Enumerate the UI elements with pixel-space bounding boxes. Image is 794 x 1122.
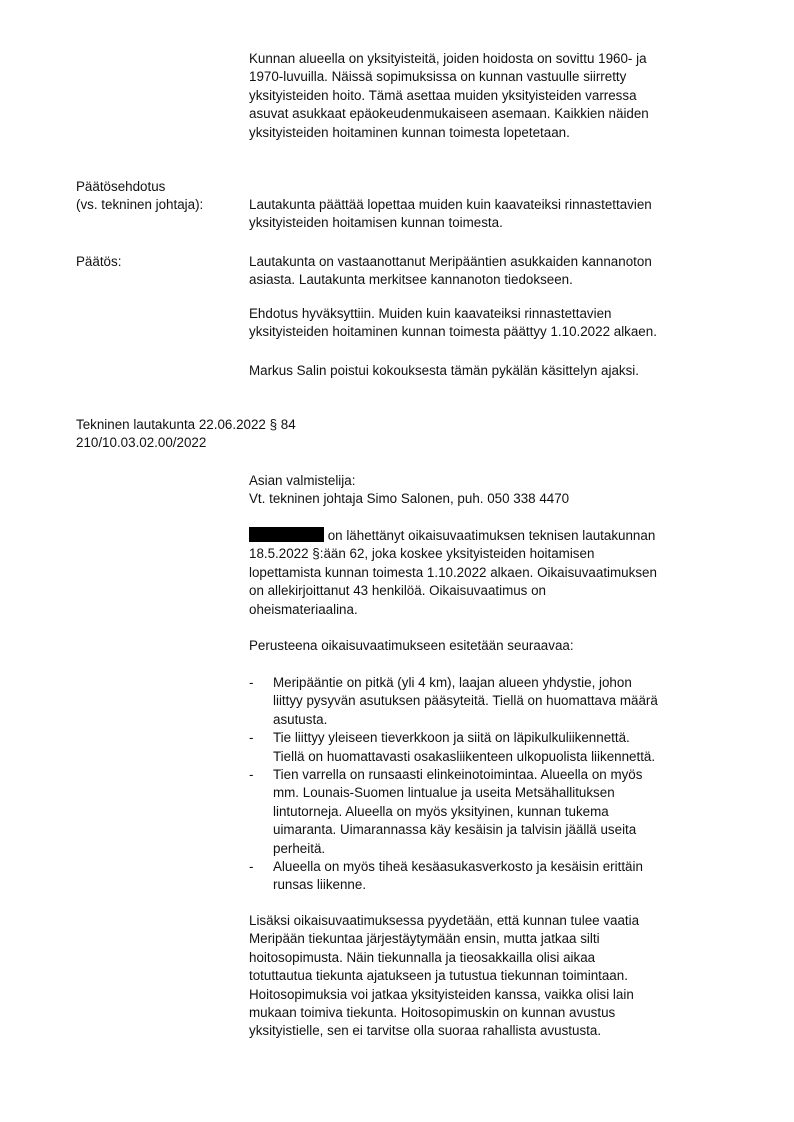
decision-para-1: Lautakunta on vastaanottanut Meripääntie… [249, 253, 749, 290]
text-line: yksityisteiden hoito. Tämä asettaa muide… [249, 87, 749, 105]
text-line: Meripään tiekuntaa järjestäytymään ensin… [249, 930, 749, 948]
case-number: 210/10.03.02.00/2022 [76, 434, 296, 452]
bullet-dash: - [249, 766, 253, 784]
text-line: liittyy pysyvän asutuksen pääsyteitä. Ti… [273, 692, 749, 710]
text-line: asutusta. [273, 711, 749, 729]
text-fragment: on lähettänyt oikaisuvaatimuksen teknise… [324, 528, 655, 543]
text-line: Tiellä on huomattavasti osakasliikenteen… [273, 748, 749, 766]
list-item: - Alueella on myös tiheä kesäasukasverko… [249, 858, 749, 895]
text-line: mukaan toimiva tiekunta. Hoitosopimuskin… [249, 1004, 749, 1022]
bullet-dash: - [249, 858, 253, 876]
preparer-label: Asian valmistelija: [249, 472, 749, 490]
text-line: Tie liittyy yleiseen tieverkkoon ja siit… [273, 729, 749, 747]
text-line: Kunnan alueella on yksityisteitä, joiden… [249, 50, 749, 68]
text-line: mm. Lounais-Suomen lintualue ja useita M… [273, 784, 749, 802]
proposal-label-line2: (vs. tekninen johtaja): [76, 196, 203, 214]
bullet-dash: - [249, 729, 253, 747]
grounds-intro: Perusteena oikaisuvaatimukseen esitetään… [249, 637, 749, 655]
meeting-title: Tekninen lautakunta 22.06.2022 § 84 [76, 416, 296, 434]
proposal-text: Lautakunta päättää lopettaa muiden kuin … [249, 196, 749, 233]
text-line: Lautakunta on vastaanottanut Meripääntie… [249, 253, 749, 271]
appeal-paragraph: on lähettänyt oikaisuvaatimuksen teknise… [249, 527, 749, 619]
redacted-name [249, 527, 324, 542]
text-line: Hoitosopimuksia voi jatkaa yksityisteide… [249, 986, 749, 1004]
text-line: uimaranta. Uimarannassa käy kesäisin ja … [273, 821, 749, 839]
text-line: lintutorneja. Alueella on myös yksityine… [273, 803, 749, 821]
text-line: Lautakunta päättää lopettaa muiden kuin … [249, 196, 749, 214]
additional-paragraph: Lisäksi oikaisuvaatimuksessa pyydetään, … [249, 912, 749, 1041]
proposal-label: Päätösehdotus (vs. tekninen johtaja): [76, 178, 203, 215]
text-line: yksityisteiden hoitamisen kunnan toimest… [249, 214, 749, 232]
decision-para-3: Markus Salin poistui kokouksesta tämän p… [249, 362, 749, 380]
preparer: Asian valmistelija: Vt. tekninen johtaja… [249, 472, 749, 509]
text-line: runsas liikenne. [273, 876, 749, 894]
text-line: hoitosopimusta. Näin tiekunnalla ja tieo… [249, 949, 749, 967]
decision-label: Päätös: [76, 253, 121, 271]
meeting-header: Tekninen lautakunta 22.06.2022 § 84 210/… [76, 416, 296, 453]
text-line: Ehdotus hyväksyttiin. Muiden kuin kaavat… [249, 305, 749, 323]
decision-para-2: Ehdotus hyväksyttiin. Muiden kuin kaavat… [249, 305, 749, 342]
text-line: yksityisteiden hoitaminen kunnan toimest… [249, 124, 749, 142]
preparer-name: Vt. tekninen johtaja Simo Salonen, puh. … [249, 490, 749, 508]
text-line: Lisäksi oikaisuvaatimuksessa pyydetään, … [249, 912, 749, 930]
intro-paragraph: Kunnan alueella on yksityisteitä, joiden… [249, 50, 749, 142]
list-item: - Tien varrella on runsaasti elinkeinoto… [249, 766, 749, 858]
text-line: yksityisteiden hoitaminen kunnan toimest… [249, 323, 749, 341]
text-line: 1970-luvuilla. Näissä sopimuksissa on ku… [249, 68, 749, 86]
text-line: oheismateriaalina. [249, 601, 749, 619]
proposal-label-line1: Päätösehdotus [76, 178, 203, 196]
bullet-dash: - [249, 674, 253, 692]
text-line: yksityistielle, sen ei tarvitse olla suo… [249, 1022, 749, 1040]
text-line: asiasta. Lautakunta merkitsee kannanoton… [249, 271, 749, 289]
list-item: - Tie liittyy yleiseen tieverkkoon ja si… [249, 729, 749, 766]
text-line: asuvat asukkaat epäokeudenmukaiseen asem… [249, 105, 749, 123]
text-line: Alueella on myös tiheä kesäasukasverkost… [273, 858, 749, 876]
grounds-list: - Meripääntie on pitkä (yli 4 km), laaja… [249, 674, 749, 895]
text-line: totuttautua tiekunta ajatukseen ja tutus… [249, 967, 749, 985]
text-line: lopettamista kunnan toimesta 1.10.2022 a… [249, 564, 749, 582]
text-line: perheitä. [273, 840, 749, 858]
text-line: on allekirjoittanut 43 henkilöä. Oikaisu… [249, 582, 749, 600]
text-line: Tien varrella on runsaasti elinkeinotoim… [273, 766, 749, 784]
text-line: Meripääntie on pitkä (yli 4 km), laajan … [273, 674, 749, 692]
text-line: on lähettänyt oikaisuvaatimuksen teknise… [249, 527, 749, 545]
list-item: - Meripääntie on pitkä (yli 4 km), laaja… [249, 674, 749, 729]
text-line: 18.5.2022 §:ään 62, joka koskee yksityis… [249, 545, 749, 563]
